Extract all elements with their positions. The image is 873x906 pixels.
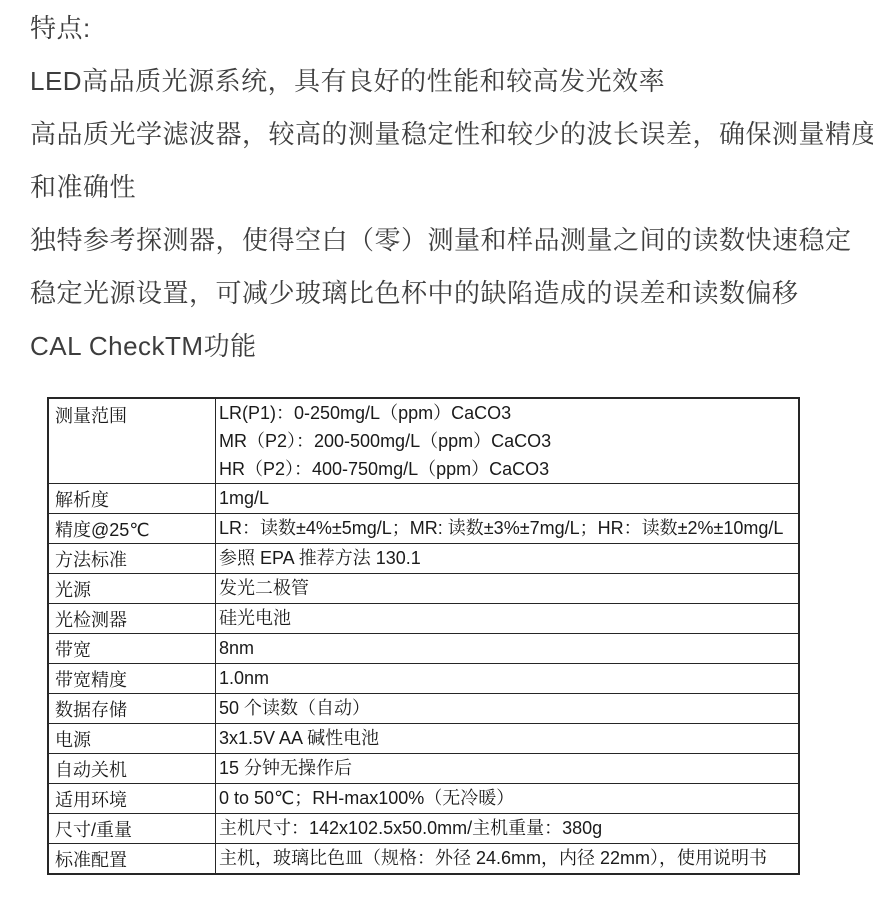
spec-row: 带宽8nm (48, 634, 799, 664)
spec-row: 尺寸/重量主机尺寸：142x102.5x50.0mm/主机重量：380g (48, 814, 799, 844)
spec-row: 标准配置主机，玻璃比色皿（规格：外径 24.6mm，内径 22mm），使用说明书 (48, 844, 799, 875)
spec-value-line: HR（P2）：400-750mg/L（ppm）CaCO3 (219, 455, 798, 483)
spec-row: 数据存储50 个读数（自动） (48, 694, 799, 724)
spec-label: 方法标准 (48, 544, 216, 574)
spec-value: 8nm (216, 634, 800, 664)
spec-row: 解析度1mg/L (48, 484, 799, 514)
feature-line: 高品质光学滤波器，较高的测量稳定性和较少的波长误差，确保测量精度 (30, 108, 863, 161)
spec-value: 1mg/L (216, 484, 800, 514)
spec-row: 精度@25℃LR：读数±4%±5mg/L；MR: 读数±3%±7mg/L；HR：… (48, 514, 799, 544)
spec-value-line: 8nm (219, 634, 798, 663)
spec-value: 50 个读数（自动） (216, 694, 800, 724)
spec-value-line: LR(P1)：0-250mg/L（ppm）CaCO3 (219, 399, 798, 427)
spec-value: 15 分钟无操作后 (216, 754, 800, 784)
feature-line: LED高品质光源系统，具有良好的性能和较高发光效率 (30, 55, 863, 108)
spec-value-line: 1mg/L (219, 484, 798, 513)
page: 特点: LED高品质光源系统，具有良好的性能和较高发光效率高品质光学滤波器，较高… (0, 0, 873, 906)
spec-value-line: 3x1.5V AA 碱性电池 (219, 724, 798, 753)
spec-row: 方法标准参照 EPA 推荐方法 130.1 (48, 544, 799, 574)
spec-label: 尺寸/重量 (48, 814, 216, 844)
spec-label: 测量范围 (48, 398, 216, 484)
spec-value-line: 0 to 50℃；RH-max100%（无冷暖） (219, 784, 798, 813)
spec-label: 光检测器 (48, 604, 216, 634)
spec-value: LR(P1)：0-250mg/L（ppm）CaCO3MR（P2）：200-500… (216, 398, 800, 484)
spec-row: 带宽精度1.0nm (48, 664, 799, 694)
spec-row: 光源发光二极管 (48, 574, 799, 604)
spec-row: 电源3x1.5V AA 碱性电池 (48, 724, 799, 754)
spec-value: 发光二极管 (216, 574, 800, 604)
spec-label: 自动关机 (48, 754, 216, 784)
spec-value-line: 主机，玻璃比色皿（规格：外径 24.6mm，内径 22mm），使用说明书 (219, 844, 798, 873)
spec-value-line: 发光二极管 (219, 574, 798, 603)
spec-value-line: 硅光电池 (219, 604, 798, 633)
spec-value-line: LR：读数±4%±5mg/L；MR: 读数±3%±7mg/L；HR：读数±2%±… (219, 514, 798, 543)
features-section: 特点: LED高品质光源系统，具有良好的性能和较高发光效率高品质光学滤波器，较高… (30, 2, 863, 373)
spec-label: 标准配置 (48, 844, 216, 875)
spec-table-body: 测量范围LR(P1)：0-250mg/L（ppm）CaCO3MR（P2）：200… (48, 398, 799, 874)
features-list: LED高品质光源系统，具有良好的性能和较高发光效率高品质光学滤波器，较高的测量稳… (30, 55, 863, 373)
spec-table: 测量范围LR(P1)：0-250mg/L（ppm）CaCO3MR（P2）：200… (47, 397, 800, 875)
features-heading: 特点: (30, 2, 863, 55)
spec-label: 适用环境 (48, 784, 216, 814)
spec-value-line: 1.0nm (219, 664, 798, 693)
spec-value-line: 参照 EPA 推荐方法 130.1 (219, 544, 798, 573)
spec-row: 适用环境0 to 50℃；RH-max100%（无冷暖） (48, 784, 799, 814)
spec-label: 精度@25℃ (48, 514, 216, 544)
spec-value-line: MR（P2）：200-500mg/L（ppm）CaCO3 (219, 427, 798, 455)
feature-line: 稳定光源设置，可减少玻璃比色杯中的缺陷造成的误差和读数偏移 (30, 267, 863, 320)
spec-value-line: 主机尺寸：142x102.5x50.0mm/主机重量：380g (219, 814, 798, 843)
feature-line: 和准确性 (30, 161, 863, 214)
spec-value: 主机，玻璃比色皿（规格：外径 24.6mm，内径 22mm），使用说明书 (216, 844, 800, 875)
spec-label: 带宽精度 (48, 664, 216, 694)
spec-label: 带宽 (48, 634, 216, 664)
spec-row: 光检测器硅光电池 (48, 604, 799, 634)
spec-value-line: 15 分钟无操作后 (219, 754, 798, 783)
spec-row: 测量范围LR(P1)：0-250mg/L（ppm）CaCO3MR（P2）：200… (48, 398, 799, 484)
spec-value: 参照 EPA 推荐方法 130.1 (216, 544, 800, 574)
spec-value: 1.0nm (216, 664, 800, 694)
spec-label: 电源 (48, 724, 216, 754)
spec-value: 3x1.5V AA 碱性电池 (216, 724, 800, 754)
spec-value: 硅光电池 (216, 604, 800, 634)
spec-label: 数据存储 (48, 694, 216, 724)
spec-value-line: 50 个读数（自动） (219, 694, 798, 723)
spec-value: LR：读数±4%±5mg/L；MR: 读数±3%±7mg/L；HR：读数±2%±… (216, 514, 800, 544)
spec-row: 自动关机15 分钟无操作后 (48, 754, 799, 784)
spec-value: 0 to 50℃；RH-max100%（无冷暖） (216, 784, 800, 814)
spec-value: 主机尺寸：142x102.5x50.0mm/主机重量：380g (216, 814, 800, 844)
spec-label: 光源 (48, 574, 216, 604)
feature-line: CAL CheckTM功能 (30, 320, 863, 373)
feature-line: 独特参考探测器，使得空白（零）测量和样品测量之间的读数快速稳定 (30, 214, 863, 267)
spec-label: 解析度 (48, 484, 216, 514)
